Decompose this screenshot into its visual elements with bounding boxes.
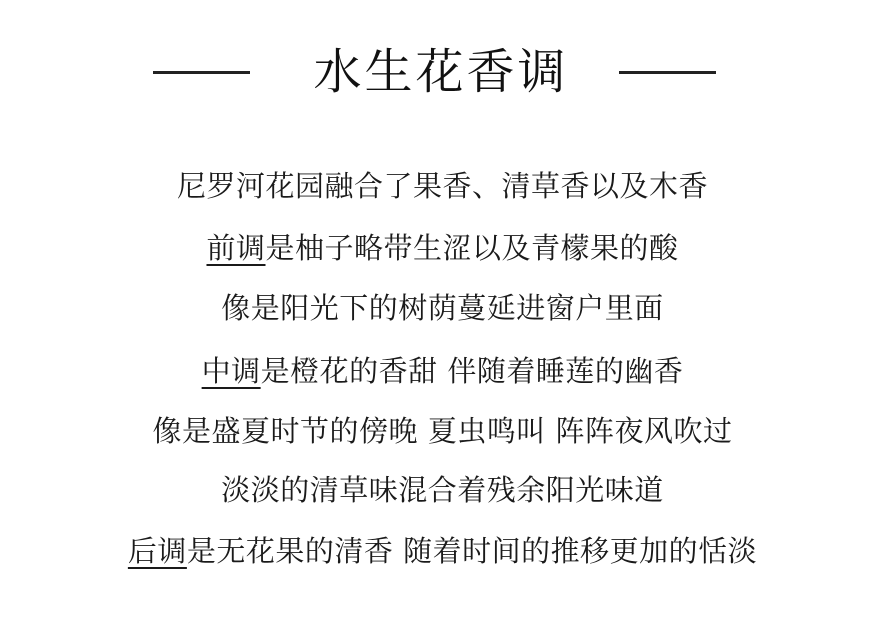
line-text: 像是阳光下的树荫蔓延进窗户里面 — [221, 291, 664, 325]
description-line: 像是阳光下的树荫蔓延进窗户里面 — [0, 288, 885, 328]
description-line: 淡淡的清草味混合着残余阳光味道 — [0, 470, 885, 510]
line-text: 像是盛夏时节的傍晚 夏虫鸣叫 阵阵夜风吹过 — [153, 414, 733, 448]
left-dash-decoration — [153, 71, 250, 74]
title-row: 水生花香调 — [0, 40, 885, 104]
base-note-label: 后调 — [128, 534, 187, 568]
right-dash-decoration — [619, 71, 716, 74]
base-note-line: 后调是无花果的清香 随着时间的推移更加的恬淡 — [0, 531, 885, 571]
description-line: 像是盛夏时节的傍晚 夏虫鸣叫 阵阵夜风吹过 — [0, 411, 885, 451]
top-note-label: 前调 — [206, 231, 265, 265]
line-text: 是橙花的香甜 伴随着睡莲的幽香 — [261, 354, 684, 388]
page-title: 水生花香调 — [296, 40, 586, 104]
middle-note-label: 中调 — [202, 354, 261, 388]
middle-note-line: 中调是橙花的香甜 伴随着睡莲的幽香 — [0, 351, 885, 391]
line-text: 是无花果的清香 随着时间的推移更加的恬淡 — [187, 534, 757, 568]
top-note-line: 前调是柚子略带生涩以及青檬果的酸 — [0, 228, 885, 268]
line-text: 尼罗河花园融合了果香、清草香以及木香 — [177, 169, 708, 203]
line-text: 是柚子略带生涩以及青檬果的酸 — [266, 231, 679, 265]
description-line: 尼罗河花园融合了果香、清草香以及木香 — [0, 166, 885, 206]
line-text: 淡淡的清草味混合着残余阳光味道 — [221, 473, 664, 507]
